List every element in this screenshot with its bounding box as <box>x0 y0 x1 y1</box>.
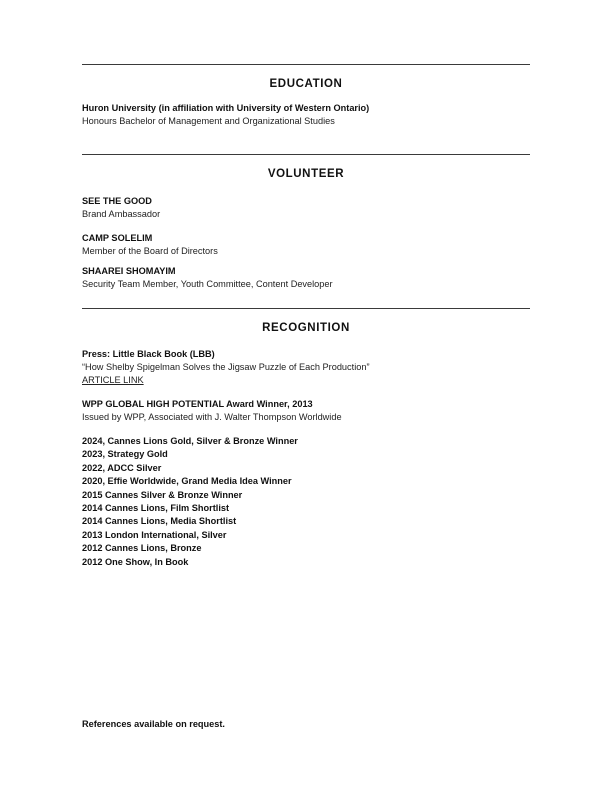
award-item: 2023, Strategy Gold <box>82 448 168 460</box>
press-heading: Press: Little Black Book (LBB) <box>82 348 215 360</box>
section-divider <box>82 154 530 155</box>
education-institution: Huron University (in affiliation with Un… <box>82 102 369 114</box>
volunteer-role: Security Team Member, Youth Committee, C… <box>82 278 333 290</box>
award-item: 2014 Cannes Lions, Media Shortlist <box>82 515 236 527</box>
award-item: 2015 Cannes Silver & Bronze Winner <box>82 489 242 501</box>
award-item: 2012 One Show, In Book <box>82 556 188 568</box>
article-link[interactable]: ARTICLE LINK <box>82 374 144 386</box>
press-article-title: “How Shelby Spigelman Solves the Jigsaw … <box>82 361 370 373</box>
award-item: 2024, Cannes Lions Gold, Silver & Bronze… <box>82 435 298 447</box>
award-item: 2020, Effie Worldwide, Grand Media Idea … <box>82 475 292 487</box>
award-item: 2013 London International, Silver <box>82 529 226 541</box>
volunteer-role: Brand Ambassador <box>82 208 160 220</box>
education-heading: EDUCATION <box>82 78 530 90</box>
award-item: 2012 Cannes Lions, Bronze <box>82 542 201 554</box>
references-note: References available on request. <box>82 718 225 730</box>
volunteer-org: SHAAREI SHOMAYIM <box>82 265 176 277</box>
volunteer-role: Member of the Board of Directors <box>82 245 218 257</box>
volunteer-heading: VOLUNTEER <box>82 168 530 180</box>
award-item: 2014 Cannes Lions, Film Shortlist <box>82 502 229 514</box>
wpp-award-heading: WPP GLOBAL HIGH POTENTIAL Award Winner, … <box>82 398 313 410</box>
section-divider <box>82 64 530 65</box>
volunteer-org: CAMP SOLELIM <box>82 232 152 244</box>
volunteer-org: SEE THE GOOD <box>82 195 152 207</box>
wpp-award-detail: Issued by WPP, Associated with J. Walter… <box>82 411 342 423</box>
education-degree: Honours Bachelor of Management and Organ… <box>82 115 335 127</box>
recognition-heading: RECOGNITION <box>82 322 530 334</box>
section-divider <box>82 308 530 309</box>
award-item: 2022, ADCC Silver <box>82 462 161 474</box>
